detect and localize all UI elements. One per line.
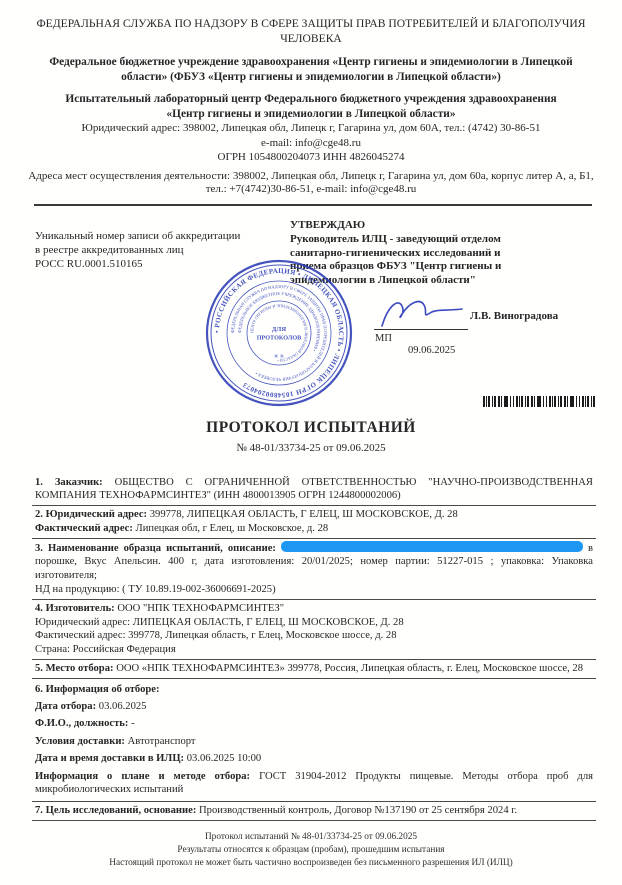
section-6-sampling-info: 6. Информация об отборе: Дата отбора: 03…	[35, 681, 593, 799]
section-1-customer: 1. Заказчик: ОБЩЕСТВО С ОГРАНИЧЕННОЙ ОТВ…	[35, 476, 593, 504]
section-2-legal-address: 2. Юридический адрес: 399778, ЛИПЕЦКАЯ О…	[35, 508, 593, 522]
delivery-datetime-label: Дата и время доставки в ИЛЦ:	[35, 753, 184, 764]
section-7-text: Производственный контроль, Договор №1371…	[199, 805, 517, 816]
mp-label: МП	[375, 333, 392, 344]
signature-line	[374, 329, 468, 330]
approval-date: 09.06.2025	[408, 345, 455, 356]
section-5-sampling-place: 5. Место отбора: ООО «НПК ТЕХНОФАРМСИНТЕ…	[35, 662, 593, 676]
section-3-label: 3. Наименование образца испытаний, описа…	[35, 543, 276, 554]
section-divider	[32, 820, 596, 821]
section-3-sample: 3. Наименование образца испытаний, описа…	[35, 541, 593, 583]
sampling-method-row: Информация о плане и методе отбора: ГОСТ…	[35, 768, 593, 799]
delivery-conditions-value: Автотранспорт	[128, 736, 196, 747]
approval-area: Уникальный номер записи об аккредитации …	[0, 206, 622, 468]
laboratory-center-name: Испытательный лабораторный центр Федерал…	[51, 92, 571, 121]
section-7-purpose: 7. Цель исследований, основание: Произво…	[35, 804, 593, 818]
accreditation-line2: в реестре аккредитованных лиц	[35, 243, 240, 257]
footer-results-note: Результаты относятся к образцам (пробам)…	[0, 844, 622, 857]
section-4-label: 4. Изготовитель:	[35, 603, 115, 614]
svg-text:ФЕДЕРАЛЬНАЯ СЛУЖБА ПО НАДЗОРУ: ФЕДЕРАЛЬНАЯ СЛУЖБА ПО НАДЗОРУ В СФЕРЕ ЗА…	[230, 283, 328, 381]
sampling-date-label: Дата отбора:	[35, 701, 96, 712]
delivery-conditions-row: Условия доставки: Автотранспорт	[35, 733, 593, 750]
section-4-legal-address: Юридический адрес: ЛИПЕЦКАЯ ОБЛАСТЬ, Г Е…	[35, 616, 593, 630]
section-6-header: 6. Информация об отборе:	[35, 681, 593, 698]
section-4-manufacturer: 4. Изготовитель: ООО "НПК ТЕХНОФАРМСИНТЕ…	[35, 602, 593, 616]
section-2-text: 399778, ЛИПЕЦКАЯ ОБЛАСТЬ, Г ЕЛЕЦ, Ш МОСК…	[150, 509, 458, 520]
document-body: 1. Заказчик: ОБЩЕСТВО С ОГРАНИЧЕННОЙ ОТВ…	[35, 476, 593, 821]
fio-row: Ф.И.О., должность: -	[35, 716, 593, 733]
federal-service-name: ФЕДЕРАЛЬНАЯ СЛУЖБА ПО НАДЗОРУ В СФЕРЕ ЗА…	[31, 16, 591, 46]
approver-name: Л.В. Виноградова	[470, 310, 558, 322]
email-line: e-mail: info@cge48.ru	[21, 137, 601, 151]
sampling-date-value: 03.06.2025	[99, 701, 147, 712]
fio-label: Ф.И.О., должность:	[35, 718, 128, 729]
section-divider	[32, 538, 596, 539]
section-5-label: 5. Место отбора:	[35, 663, 114, 674]
section-2-actual-address: Фактический адрес: Липецкая обл, г Елец,…	[35, 522, 593, 536]
section-6-label: 6. Информация об отборе:	[35, 684, 160, 695]
stamp-center-line1: ДЛЯ	[272, 326, 286, 333]
organization-name: Федеральное бюджетное учреждение здравоо…	[41, 55, 581, 84]
footer-reproduction-note: Настоящий протокол не может быть частичн…	[0, 857, 622, 870]
ogrn-inn-line: ОГРН 1054800204073 ИНН 4826045274	[21, 151, 601, 165]
activity-addresses: Адреса мест осуществления деятельности: …	[21, 170, 601, 197]
delivery-conditions-label: Условия доставки:	[35, 736, 125, 747]
section-4-text: ООО "НПК ТЕХНОФАРМСИНТЕЗ"	[117, 603, 284, 614]
section-3-nd: НД на продукцию: ( ТУ 10.89.19-002-36006…	[35, 583, 593, 597]
section-2-label: 2. Юридический адрес:	[35, 509, 147, 520]
section-divider	[32, 659, 596, 660]
round-stamp-icon: • РОССИЙСКАЯ ФЕДЕРАЦИЯ • ЛИПЕЦКАЯ ОБЛАСТ…	[204, 258, 354, 408]
section-4-country: Страна: Российская Федерация	[35, 643, 593, 657]
sampling-date-row: Дата отбора: 03.06.2025	[35, 698, 593, 715]
section-1-text: ОБЩЕСТВО С ОГРАНИЧЕННОЙ ОТВЕТСТВЕННОСТЬЮ…	[35, 477, 593, 502]
barcode	[483, 396, 597, 407]
section-5-text: ООО «НПК ТЕХНОФАРМСИНТЕЗ» 399778, Россия…	[116, 663, 583, 674]
document-header: ФЕДЕРАЛЬНАЯ СЛУЖБА ПО НАДЗОРУ В СФЕРЕ ЗА…	[0, 0, 622, 206]
section-divider	[32, 678, 596, 679]
protocol-document-page: ФЕДЕРАЛЬНАЯ СЛУЖБА ПО НАДЗОРУ В СФЕРЕ ЗА…	[0, 0, 622, 885]
delivery-datetime-row: Дата и время доставки в ИЛЦ: 03.06.2025 …	[35, 750, 593, 767]
redaction-box	[281, 541, 583, 552]
document-title: ПРОТОКОЛ ИСПЫТАНИЙ	[0, 419, 622, 437]
section-2b-label: Фактический адрес:	[35, 523, 133, 534]
delivery-datetime-value: 03.06.2025 10:00	[187, 753, 261, 764]
stamp-center-line2: ПРОТОКОЛОВ	[257, 334, 302, 341]
stamp-stars: ✳ ✳	[274, 353, 285, 360]
accreditation-line1: Уникальный номер записи об аккредитации	[35, 229, 240, 243]
section-divider	[32, 505, 596, 506]
section-4-actual-address: Фактический адрес: 399778, Липецкая обла…	[35, 629, 593, 643]
page-footer: Протокол испытаний № 48-01/33734-25 от 0…	[0, 831, 622, 870]
section-divider	[32, 801, 596, 802]
fio-value: -	[131, 718, 135, 729]
document-number: № 48-01/33734-25 от 09.06.2025	[0, 442, 622, 454]
signature-icon	[376, 296, 468, 332]
footer-protocol-number: Протокол испытаний № 48-01/33734-25 от 0…	[0, 831, 622, 844]
legal-address: Юридический адрес: 398002, Липецкая обл,…	[21, 122, 601, 136]
section-7-label: 7. Цель исследований, основание:	[35, 805, 196, 816]
approval-title: УТВЕРЖДАЮ	[290, 219, 514, 233]
sampling-method-label: Информация о плане и методе отбора:	[35, 771, 250, 782]
stamp-mid-ring-text: ФЕДЕРАЛЬНАЯ СЛУЖБА ПО НАДЗОРУ В СФЕРЕ ЗА…	[230, 283, 328, 381]
section-1-label: 1. Заказчик:	[35, 477, 103, 488]
section-2b-text: Липецкая обл, г Елец, ш Московское, д. 2…	[136, 523, 329, 534]
section-divider	[32, 599, 596, 600]
